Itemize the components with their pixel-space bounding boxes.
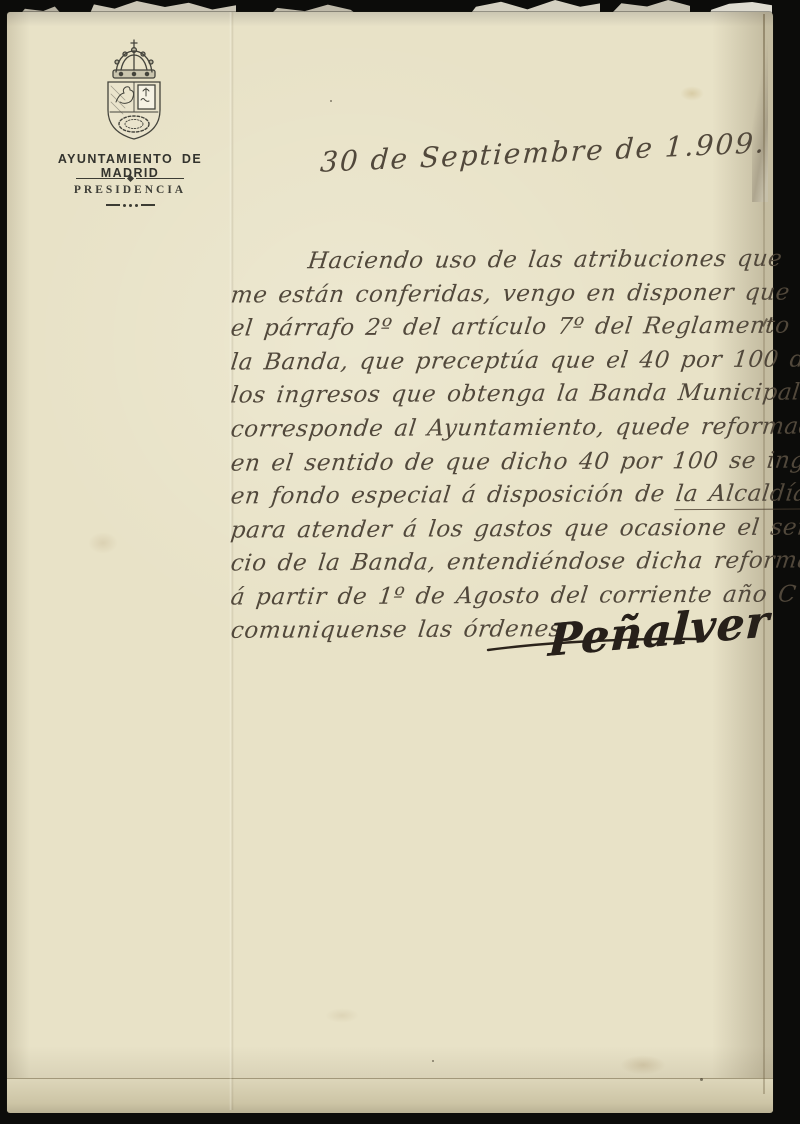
paper-stain [325,1008,359,1023]
paper-stain [680,86,704,101]
ornament-divider-icon [76,175,184,182]
department-name: PRESIDENCIA [30,184,230,196]
paper-stain [88,532,118,554]
madrid-coat-of-arms-icon [96,38,172,142]
dots-divider-icon [96,202,164,208]
stacked-sheet-edges [7,1078,773,1113]
paper-speck [330,100,332,102]
paper-stain [620,1055,666,1075]
scanned-document: AYUNTAMIENTO DE MADRID PRESIDENCIA 30 de… [0,0,800,1124]
page-edge-curl [752,12,768,202]
paper-speck [432,1060,434,1062]
page-edge-line [763,14,765,1094]
stray-ink-mark [764,318,774,332]
paper-speck [700,1078,703,1081]
